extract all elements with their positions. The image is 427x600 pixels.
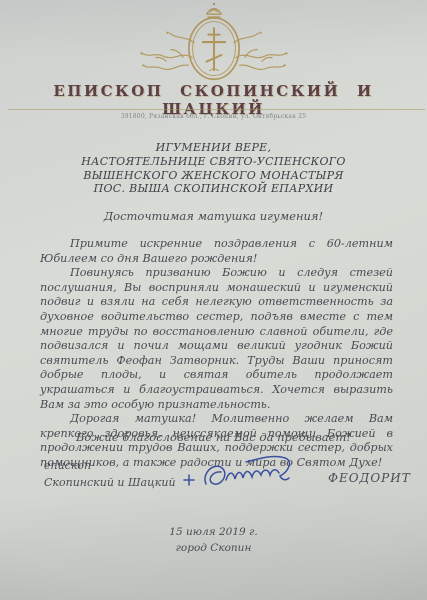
signatory-title-line: Скопинский и Шацкий	[44, 474, 176, 491]
handwritten-signature	[176, 448, 326, 507]
recipient-line: НАСТОЯТЕЛЬНИЦЕ СВЯТО-УСПЕНСКОГО	[0, 155, 427, 169]
letterhead-emblem	[0, 0, 427, 86]
blessing-line: Божие благословение на Вас да пребывает!	[0, 430, 427, 444]
recipient-block: ИГУМЕНИИ ВЕРЕ, НАСТОЯТЕЛЬНИЦЕ СВЯТО-УСПЕ…	[0, 141, 427, 196]
letter-page: ЕПИСКОП СКОПИНСКИЙ И ШАЦКИЙ 391800, Ряза…	[0, 0, 427, 600]
letterhead-divider	[8, 109, 425, 110]
body-paragraph: Повинуясь призванию Божию и следуя стезе…	[40, 266, 393, 412]
letter-place: город Скопин	[0, 541, 427, 557]
recipient-line: ПОС. ВЫША СКОПИНСКОЙ ЕПАРХИИ	[0, 182, 427, 196]
recipient-line: ВЫШЕНСКОГО ЖЕНСКОГО МОНАСТЫРЯ	[0, 169, 427, 183]
salutation: Досточтимая матушка игумения!	[0, 209, 427, 223]
letter-date: 15 июля 2019 г.	[0, 525, 427, 541]
signatory-name: ФЕОДОРИТ	[328, 471, 411, 485]
signatory-title: епископ Скопинский и Шацкий	[44, 457, 176, 491]
recipient-line: ИГУМЕНИИ ВЕРЕ,	[0, 141, 427, 155]
date-place-block: 15 июля 2019 г. город Скопин	[0, 525, 427, 556]
body-paragraph: Примите искренние поздравления с 60-летн…	[40, 237, 393, 266]
letterhead-address: 391800, Рязанская обл., г. Скопин, ул. О…	[0, 113, 427, 120]
orthodox-cross-medallion-icon	[135, 0, 293, 86]
signatory-title-line: епископ	[44, 457, 176, 474]
blue-ink-signature-icon	[176, 448, 326, 503]
